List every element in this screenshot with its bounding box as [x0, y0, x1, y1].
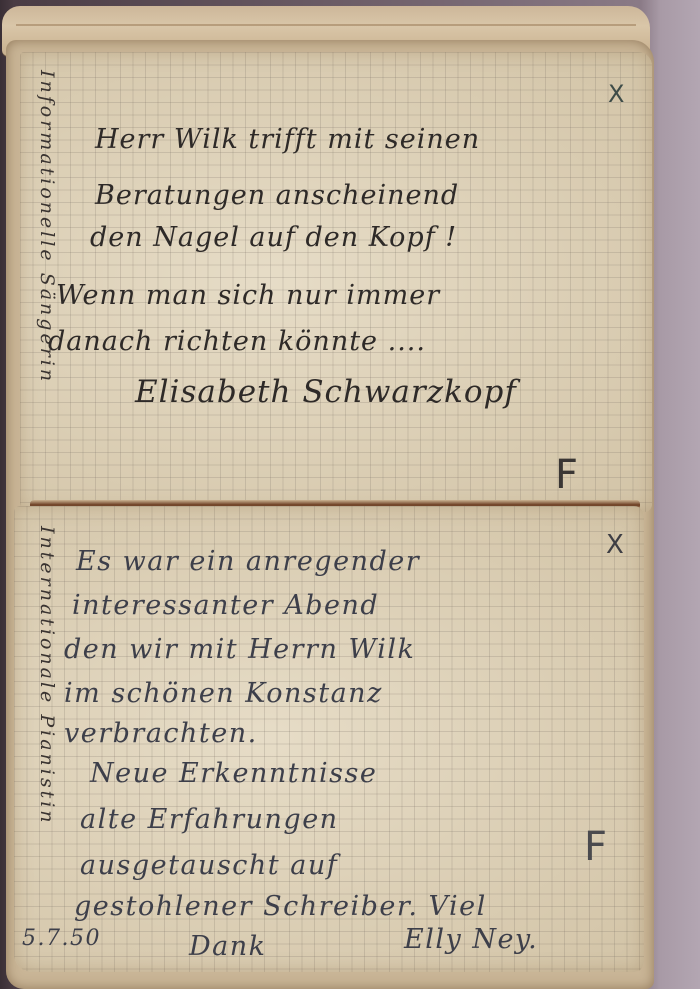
- signature: Elisabeth Schwarzkopf: [135, 374, 517, 410]
- handwritten-line: gestohlener Schreiber. Viel: [74, 891, 487, 922]
- corner-x-mark: X: [608, 80, 624, 108]
- handwritten-line: im schönen Konstanz: [64, 678, 383, 709]
- side-f-mark: F: [584, 824, 607, 870]
- handwritten-line: interessanter Abend: [72, 590, 379, 621]
- handwritten-line: Beratungen anscheinend: [95, 180, 459, 211]
- corner-x-mark: X: [606, 530, 624, 560]
- handwritten-line: den Nagel auf den Kopf !: [90, 222, 457, 253]
- top-page: X Informationelle Sängerin Herr Wilk tri…: [20, 52, 652, 512]
- handwritten-line: Wenn man sich nur immer: [56, 280, 440, 311]
- signature: Elly Ney.: [404, 924, 538, 955]
- bottom-f-mark: F: [555, 452, 578, 498]
- handwritten-line: Neue Erkenntnisse: [90, 758, 377, 789]
- cover-edge: [16, 24, 636, 26]
- handwritten-line: Es war ein anregender: [76, 546, 420, 577]
- bottom-page: X Internationale Pianistin Es war ein an…: [14, 506, 644, 972]
- handwritten-line: Herr Wilk trifft mit seinen: [95, 124, 480, 155]
- handwritten-line: danach richten könnte ....: [48, 326, 426, 357]
- margin-note-vertical: Internationale Pianistin: [36, 526, 58, 826]
- handwritten-line: den wir mit Herrn Wilk: [64, 634, 415, 665]
- date-text: 5.7.50: [22, 926, 101, 951]
- handwritten-line: alte Erfahrungen: [80, 804, 339, 835]
- closing-text: Dank: [189, 931, 267, 962]
- handwritten-line: verbrachten.: [64, 718, 258, 749]
- handwritten-line: ausgetauscht auf: [80, 850, 338, 881]
